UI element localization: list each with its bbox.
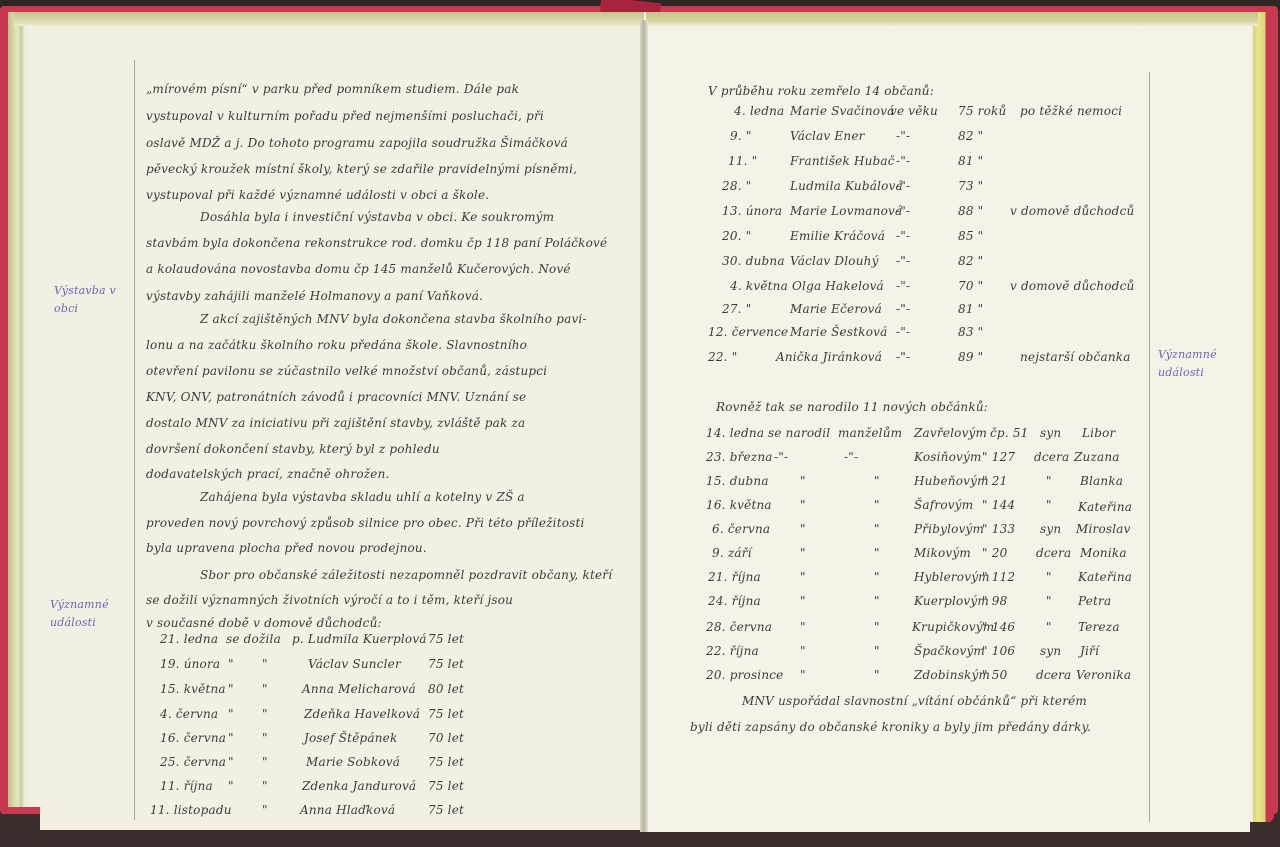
birth-family: Kuerplovým xyxy=(914,594,989,608)
birth-family: Zdobinským xyxy=(914,668,990,682)
birth-family: Hubeňovým xyxy=(914,474,989,488)
death-ditto: -"- xyxy=(896,229,910,243)
birth-parents: " xyxy=(874,620,880,634)
birth-name: Zuzana xyxy=(1074,450,1120,464)
birth-family: Přibylovým xyxy=(914,522,984,536)
birth-house: " 133 xyxy=(982,522,1015,536)
jubilee-verb: se dožila xyxy=(226,632,281,646)
death-age: 73 " xyxy=(958,179,983,193)
jubilee-ditto: " xyxy=(262,803,268,817)
birth-house: " 106 xyxy=(982,644,1015,658)
book-gutter xyxy=(640,20,648,832)
birth-family: Kosiňovým xyxy=(914,450,982,464)
jubilee-date: 11. listopadu xyxy=(150,803,232,817)
text-line: se dožili významných životních výročí a … xyxy=(146,593,513,607)
text-line: lonu a na začátku školního roku předána … xyxy=(146,338,527,352)
death-date: 13. února xyxy=(722,204,782,218)
jubilee-date: 16. června xyxy=(160,731,226,745)
birth-house: " 144 xyxy=(982,498,1015,512)
death-ditto: -"- xyxy=(896,325,910,339)
birth-parents: manželům xyxy=(838,426,902,440)
jubilee-date: 21. ledna xyxy=(160,632,218,646)
birth-parents: " xyxy=(874,570,880,584)
jubilee-name: Zdenka Jandurová xyxy=(302,779,416,793)
death-date: 4. května xyxy=(730,279,788,293)
jubilee-age: 70 let xyxy=(428,731,464,745)
death-note: po těžké nemoci xyxy=(1020,104,1122,118)
jubilee-ditto: " xyxy=(228,755,234,769)
jubilee-age: 75 let xyxy=(428,779,464,793)
jubilee-name: Marie Sobková xyxy=(306,755,400,769)
death-note: nejstarší občanka xyxy=(1020,350,1131,364)
jubilee-name: Zdeňka Havelková xyxy=(304,707,420,721)
birth-child: syn xyxy=(1040,644,1061,658)
birth-house: " 98 xyxy=(982,594,1007,608)
jubilee-age: 80 let xyxy=(428,682,464,696)
death-ditto: -"- xyxy=(896,154,910,168)
jubilee-date: 19. února xyxy=(160,657,220,671)
death-age: 75 roků xyxy=(958,104,1006,118)
birth-name: Tereza xyxy=(1078,620,1120,634)
left-top-edge xyxy=(14,12,644,26)
birth-date: 21. října xyxy=(708,570,761,584)
text-line: v současné době v domově důchodců: xyxy=(146,616,382,630)
text-line: „mírovém písní“ v parku před pomníkem st… xyxy=(146,82,519,96)
birth-parents: " xyxy=(874,546,880,560)
death-note: v domově důchodců xyxy=(1010,204,1134,218)
birth-verb: se narodil xyxy=(768,426,830,440)
death-age: 85 " xyxy=(958,229,983,243)
text-line: Z akcí zajištěných MNV byla dokončena st… xyxy=(200,312,587,326)
birth-parents: " xyxy=(874,668,880,682)
death-date: 20. " xyxy=(722,229,751,243)
birth-verb: -"- xyxy=(774,450,788,464)
death-name: Ludmila Kubálová xyxy=(790,179,903,193)
jubilee-date: 4. června xyxy=(160,707,218,721)
text-line: KNV, ONV, patronátních závodů i pracovní… xyxy=(146,390,526,404)
death-age: 82 " xyxy=(958,129,983,143)
text-line: Dosáhla byla i investiční výstavba v obc… xyxy=(200,210,554,224)
jubilee-name: Josef Štěpánek xyxy=(304,731,397,745)
jubilee-name: p. Ludmila Kuerplová xyxy=(292,632,427,646)
jubilee-ditto: " xyxy=(262,707,268,721)
birth-name: Kateřina xyxy=(1078,570,1132,584)
birth-date: 24. října xyxy=(708,594,761,608)
deaths-heading: V průběhu roku zemřelo 14 občanů: xyxy=(708,84,934,98)
birth-child: syn xyxy=(1040,522,1061,536)
birth-child: dcera xyxy=(1034,450,1069,464)
jubilee-ditto: " xyxy=(262,779,268,793)
margin-note-events-right: Významné události xyxy=(1158,346,1228,382)
birth-house: " 50 xyxy=(982,668,1007,682)
birth-child: " xyxy=(1046,594,1052,608)
birth-verb: " xyxy=(800,644,806,658)
death-ditto: -"- xyxy=(896,350,910,364)
birth-verb: " xyxy=(800,570,806,584)
text-line: dovršení dokončení stavby, který byl z p… xyxy=(146,442,440,456)
death-name: Václav Dlouhý xyxy=(790,254,879,268)
text-line: Zahájena byla výstavba skladu uhlí a kot… xyxy=(200,490,525,504)
death-note: v domově důchodců xyxy=(1010,279,1134,293)
birth-house: " 146 xyxy=(982,620,1015,634)
death-name: Václav Ener xyxy=(790,129,865,143)
birth-house: " 112 xyxy=(982,570,1015,584)
text-line: pěvecký kroužek místní školy, který se z… xyxy=(146,162,577,176)
birth-verb: " xyxy=(800,474,806,488)
jubilee-ditto: " xyxy=(228,731,234,745)
death-ditto: -"- xyxy=(896,204,910,218)
birth-date: 15. dubna xyxy=(706,474,769,488)
jubilee-ditto: " xyxy=(262,657,268,671)
birth-child: " xyxy=(1046,474,1052,488)
birth-name: Blanka xyxy=(1080,474,1123,488)
jubilee-age: 75 let xyxy=(428,632,464,646)
text-line: oslavě MDŽ a j. Do tohoto programu zapoj… xyxy=(146,136,568,150)
birth-family: Špačkovým xyxy=(914,644,985,658)
text-line: Sbor pro občanské záležitosti nezapomněl… xyxy=(200,568,612,582)
birth-parents: " xyxy=(874,644,880,658)
jubilee-age: 75 let xyxy=(428,755,464,769)
death-ditto: -"- xyxy=(896,254,910,268)
birth-child: " xyxy=(1046,620,1052,634)
text-line: otevření pavilonu se zúčastnilo velké mn… xyxy=(146,364,547,378)
birth-verb: " xyxy=(800,546,806,560)
birth-name: Kateřina xyxy=(1078,500,1132,514)
jubilee-name: Anna Hlaďková xyxy=(300,803,395,817)
death-date: 22. " xyxy=(708,350,737,364)
text-line: vystupoval v kulturním pořadu před nejme… xyxy=(146,109,544,123)
birth-parents: " xyxy=(874,498,880,512)
birth-family: Mikovým xyxy=(914,546,971,560)
birth-parents: -"- xyxy=(844,450,858,464)
death-ditto: -"- xyxy=(896,279,910,293)
jubilee-ditto: " xyxy=(228,707,234,721)
text-line: proveden nový povrchový způsob silnice p… xyxy=(146,516,585,530)
closing-line: byli děti zapsány do občanské kroniky a … xyxy=(690,720,1091,734)
right-margin-rule xyxy=(1149,72,1150,822)
closing-line: MNV uspořádal slavnostní „vítání občánků… xyxy=(742,694,1087,708)
left-margin-rule xyxy=(134,60,135,820)
birth-house: " 20 xyxy=(982,546,1007,560)
birth-date: 20. prosince xyxy=(706,668,784,682)
margin-note-events: Významné události xyxy=(50,596,130,632)
birth-date: 23. března xyxy=(706,450,773,464)
death-age: 70 " xyxy=(958,279,983,293)
text-line: výstavby zahájili manželé Holmanovy a pa… xyxy=(146,289,483,303)
birth-family: Zavřelovým xyxy=(914,426,987,440)
birth-house: čp. 51 xyxy=(990,426,1029,440)
birth-family: Hyblerovým xyxy=(914,570,990,584)
birth-house: " 127 xyxy=(982,450,1015,464)
death-ditto: ve věku xyxy=(890,104,938,118)
birth-child: syn xyxy=(1040,426,1061,440)
jubilee-age: 75 let xyxy=(428,707,464,721)
death-age: 89 " xyxy=(958,350,983,364)
birth-date: 6. června xyxy=(712,522,770,536)
death-ditto: -"- xyxy=(896,302,910,316)
birth-parents: " xyxy=(874,594,880,608)
death-age: 83 " xyxy=(958,325,983,339)
death-name: Marie Šestková xyxy=(790,325,887,339)
birth-verb: " xyxy=(800,522,806,536)
birth-family: Šafrovým xyxy=(914,498,973,512)
text-line: dodavatelských prací, značně ohrožen. xyxy=(146,467,390,481)
birth-name: Jiří xyxy=(1080,644,1099,658)
birth-name: Miroslav xyxy=(1076,522,1131,536)
jubilee-name: Anna Melicharová xyxy=(302,682,416,696)
birth-verb: " xyxy=(800,498,806,512)
jubilee-name: Václav Suncler xyxy=(308,657,401,671)
text-line: a kolaudována novostavba domu čp 145 man… xyxy=(146,262,571,276)
jubilee-age: 75 let xyxy=(428,657,464,671)
jubilee-ditto: " xyxy=(262,755,268,769)
text-line: byla upravena plocha před novou prodejno… xyxy=(146,541,427,555)
death-ditto: -"- xyxy=(896,129,910,143)
right-top-edge xyxy=(646,12,1258,26)
jubilee-ditto: " xyxy=(228,657,234,671)
death-date: 30. dubna xyxy=(722,254,785,268)
text-line: dostalo MNV za iniciativu při zajištění … xyxy=(146,416,525,430)
birth-house: " 21 xyxy=(982,474,1007,488)
death-date: 27. " xyxy=(722,302,751,316)
death-date: 12. července xyxy=(708,325,788,339)
birth-name: Libor xyxy=(1082,426,1115,440)
birth-child: " xyxy=(1046,570,1052,584)
text-line: stavbám byla dokončena rekonstrukce rod.… xyxy=(146,236,607,250)
birth-date: 22. října xyxy=(706,644,759,658)
jubilee-ditto: " xyxy=(228,682,234,696)
death-name: Marie Svačinová xyxy=(790,104,895,118)
death-name: Marie Ečerová xyxy=(790,302,882,316)
death-date: 4. ledna xyxy=(734,104,784,118)
jubilee-date: 11. října xyxy=(160,779,213,793)
birth-verb: " xyxy=(800,620,806,634)
birth-date: 16. května xyxy=(706,498,772,512)
jubilee-ditto: " xyxy=(262,682,268,696)
death-date: 11. " xyxy=(728,154,757,168)
jubilee-date: 25. června xyxy=(160,755,226,769)
death-name: František Hubač xyxy=(790,154,895,168)
birth-date: 28. června xyxy=(706,620,772,634)
birth-name: Monika xyxy=(1080,546,1127,560)
jubilee-ditto: " xyxy=(262,731,268,745)
birth-verb: " xyxy=(800,594,806,608)
death-date: 28. " xyxy=(722,179,751,193)
birth-date: 14. ledna xyxy=(706,426,764,440)
death-name: Marie Lovmanová xyxy=(790,204,902,218)
birth-verb: " xyxy=(800,668,806,682)
death-name: Anička Jiránková xyxy=(776,350,882,364)
birth-parents: " xyxy=(874,474,880,488)
text-line: vystupoval při každé významné události v… xyxy=(146,188,489,202)
death-age: 81 " xyxy=(958,154,983,168)
death-name: Emilie Kráčová xyxy=(790,229,885,243)
birth-name: Veronika xyxy=(1076,668,1131,682)
birth-date: 9. září xyxy=(712,546,752,560)
birth-parents: " xyxy=(874,522,880,536)
birth-child: " xyxy=(1046,498,1052,512)
death-age: 81 " xyxy=(958,302,983,316)
birth-child: dcera xyxy=(1036,546,1071,560)
death-name: Olga Hakelová xyxy=(792,279,884,293)
death-age: 88 " xyxy=(958,204,983,218)
death-age: 82 " xyxy=(958,254,983,268)
jubilee-date: 15. května xyxy=(160,682,226,696)
birth-child: dcera xyxy=(1036,668,1071,682)
jubilee-ditto: " xyxy=(228,779,234,793)
jubilee-age: 75 let xyxy=(428,803,464,817)
margin-note-construction: Výstavba v obci xyxy=(54,282,124,318)
births-heading: Rovněž tak se narodilo 11 nových občánků… xyxy=(716,400,988,414)
birth-name: Petra xyxy=(1078,594,1111,608)
death-ditto: -"- xyxy=(896,179,910,193)
death-date: 9. " xyxy=(730,129,752,143)
